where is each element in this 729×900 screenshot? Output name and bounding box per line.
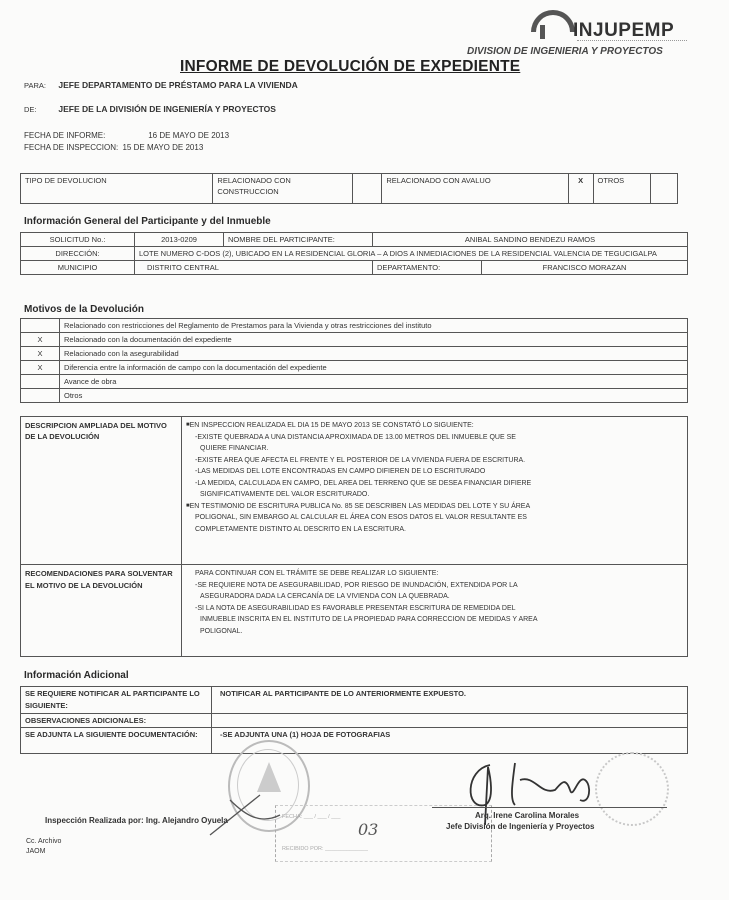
inspector-signature-icon [200, 790, 310, 840]
motivo-label: Otros [60, 389, 688, 403]
cc-initials: JAOM [26, 847, 61, 857]
cc-line: Cc. Archivo [26, 837, 61, 847]
motivo-checkbox[interactable]: X [21, 361, 60, 375]
tipo-devolucion-table: TIPO DE DEVOLUCION RELACIONADO CON CONST… [20, 173, 678, 204]
option-avaluo-checkbox[interactable]: X [568, 174, 593, 204]
solicitud-value: 2013-0209 [135, 233, 224, 247]
motivo-row: X Relacionado con la documentación del e… [21, 333, 688, 347]
notificar-value: NOTIFICAR AL PARTICIPANTE DE LO ANTERIOR… [212, 687, 688, 714]
municipio-value: DISTRITO CENTRAL [135, 261, 373, 275]
para-row: PARA: JEFE DEPARTAMENTO DE PRÉSTAMO PARA… [24, 80, 298, 90]
seal-emblem-icon [257, 762, 281, 792]
descripcion-line: -EXISTE AREA QUE AFECTA EL FRENTE Y EL P… [186, 455, 683, 467]
descripcion-line: QUIERE FINANCIAR. [186, 443, 683, 455]
motivo-label: Relacionado con la asegurabilidad [60, 347, 688, 361]
fecha-inspeccion-value: 15 DE MAYO DE 2013 [122, 143, 203, 152]
recomendaciones-body: PARA CONTINUAR CON EL TRÁMITE SE DEBE RE… [182, 565, 688, 657]
institution-logo: INJUPEMP DIVISION DE INGENIERIA Y PROYEC… [465, 8, 705, 60]
motivo-row: X Relacionado con la asegurabilidad [21, 347, 688, 361]
tipo-devolucion-label: TIPO DE DEVOLUCION [21, 174, 213, 204]
para-value: JEFE DEPARTAMENTO DE PRÉSTAMO PARA LA VI… [58, 80, 297, 90]
descripcion-label: DESCRIPCION AMPLIADA DEL MOTIVO DE LA DE… [21, 417, 182, 565]
descripcion-line: SIGNIFICATIVAMENTE DEL VALOR ESCRITURADO… [186, 489, 683, 501]
para-label: PARA: [24, 81, 56, 90]
recomendacion-line: INMUEBLE INSCRITA EN EL INSTITUTO DE LA … [186, 614, 683, 626]
document-title: INFORME DE DEVOLUCIÓN DE EXPEDIENTE [180, 58, 520, 76]
option-construccion-checkbox[interactable] [353, 174, 382, 204]
descripcion-table: DESCRIPCION AMPLIADA DEL MOTIVO DE LA DE… [20, 416, 688, 657]
departamento-value: FRANCISCO MORAZAN [482, 261, 688, 275]
descripcion-line: ■EN INSPECCION REALIZADA EL DIA 15 DE MA… [186, 420, 683, 432]
descripcion-line: ■EN TESTIMONIO DE ESCRITURA PUBLICA No. … [186, 501, 683, 513]
motivo-row: Relacionado con restricciones del Reglam… [21, 319, 688, 333]
motivo-checkbox[interactable]: X [21, 333, 60, 347]
motivo-checkbox[interactable] [21, 375, 60, 389]
motivo-row: Avance de obra [21, 375, 688, 389]
signature-line [432, 807, 667, 808]
observaciones-label: OBSERVACIONES ADICIONALES: [21, 714, 212, 728]
motivo-checkbox[interactable]: X [21, 347, 60, 361]
logo-text: INJUPEMP [573, 20, 674, 42]
descripcion-line: -LA MEDIDA, CALCULADA EN CAMPO, DEL AREA… [186, 478, 683, 490]
descripcion-line: -EXISTE QUEBRADA A UNA DISTANCIA APROXIM… [186, 432, 683, 444]
municipio-label: MUNICIPIO [21, 261, 135, 275]
motivo-label: Relacionado con la documentación del exp… [60, 333, 688, 347]
logo-tagline [577, 40, 687, 44]
fecha-informe-value: 16 DE MAYO DE 2013 [148, 131, 229, 140]
info-general-table: SOLICITUD No.: 2013-0209 NOMBRE DEL PART… [20, 232, 688, 275]
option-construccion-label: RELACIONADO CON CONSTRUCCION [213, 174, 353, 204]
option-avaluo-label: RELACIONADO CON AVALUO [382, 174, 569, 204]
signer-title: Jefe División de Ingeniería y Proyectos [446, 822, 595, 831]
fecha-inspeccion-label: FECHA DE INSPECCION: [24, 143, 118, 152]
info-adicional-title: Información Adicional [24, 670, 129, 681]
descripcion-line: -LAS MEDIDAS DEL LOTE ENCONTRADAS EN CAM… [186, 466, 683, 478]
adjunta-label: SE ADJUNTA LA SIGUIENTE DOCUMENTACIÓN: [21, 728, 212, 754]
motivo-label: Avance de obra [60, 375, 688, 389]
direccion-label: DIRECCIÓN: [21, 247, 135, 261]
direccion-value: LOTE NUMERO C-DOS (2), UBICADO EN LA RES… [135, 247, 688, 261]
signer-name: Arq. Irene Carolina Morales [475, 811, 579, 820]
motivo-row: X Diferencia entre la información de cam… [21, 361, 688, 375]
de-value: JEFE DE LA DIVISIÓN DE INGENIERÍA Y PROY… [58, 104, 276, 114]
motivo-label: Diferencia entre la información de campo… [60, 361, 688, 375]
recomendacion-line: POLIGONAL. [186, 626, 683, 638]
recomendacion-line: ASEGURADORA DADA LA CERCANÍA DE LA VIVIE… [186, 591, 683, 603]
info-adicional-table: SE REQUIERE NOTIFICAR AL PARTICIPANTE LO… [20, 686, 688, 754]
motivos-table: Relacionado con restricciones del Reglam… [20, 318, 688, 403]
recomendacion-line: -SI LA NOTA DE ASEGURABILIDAD ES FAVORAB… [186, 603, 683, 615]
fecha-informe-row: FECHA DE INFORME: 16 DE MAYO DE 2013 [24, 131, 229, 140]
motivo-row: Otros [21, 389, 688, 403]
motivo-checkbox[interactable] [21, 319, 60, 333]
descripcion-line: COMPLETAMENTE DISTINTO AL DESCRITO EN LA… [186, 524, 683, 536]
fecha-informe-label: FECHA DE INFORME: [24, 131, 146, 140]
stamp-line: RECIBIDO POR: ______________ [282, 846, 368, 852]
nombre-label: NOMBRE DEL PARTICIPANTE: [224, 233, 373, 247]
motivo-label: Relacionado con restricciones del Reglam… [60, 319, 688, 333]
division-name: DIVISION DE INGENIERIA Y PROYECTOS [467, 46, 663, 57]
notificar-label: SE REQUIERE NOTIFICAR AL PARTICIPANTE LO… [21, 687, 212, 714]
handwritten-number: 03 [358, 820, 378, 839]
recomendacion-line: -SE REQUIERE NOTA DE ASEGURABILIDAD, POR… [186, 580, 683, 592]
solicitud-label: SOLICITUD No.: [21, 233, 135, 247]
cc-block: Cc. Archivo JAOM [26, 837, 61, 857]
de-label: DE: [24, 105, 56, 114]
option-otros-checkbox[interactable] [650, 174, 677, 204]
de-row: DE: JEFE DE LA DIVISIÓN DE INGENIERÍA Y … [24, 104, 276, 114]
info-general-title: Información General del Participante y d… [24, 216, 271, 227]
departamento-label: DEPARTAMENTO: [373, 261, 482, 275]
motivos-title: Motivos de la Devolución [24, 304, 144, 315]
motivo-checkbox[interactable] [21, 389, 60, 403]
descripcion-line: POLIGONAL, SIN EMBARGO AL CALCULAR EL ÁR… [186, 512, 683, 524]
descripcion-body: ■EN INSPECCION REALIZADA EL DIA 15 DE MA… [182, 417, 688, 565]
nombre-value: ANIBAL SANDINO BENDEZU RAMOS [373, 233, 688, 247]
fecha-inspeccion-row: FECHA DE INSPECCION: 15 DE MAYO DE 2013 [24, 143, 203, 152]
option-otros-label: OTROS [593, 174, 650, 204]
inspector-name: Inspección Realizada por: Ing. Alejandro… [45, 816, 228, 825]
arch-logo-icon [531, 10, 575, 32]
observaciones-value [212, 714, 688, 728]
recomendaciones-label: RECOMENDACIONES PARA SOLVENTAR EL MOTIVO… [21, 565, 182, 657]
recomendacion-line: PARA CONTINUAR CON EL TRÁMITE SE DEBE RE… [186, 568, 683, 580]
